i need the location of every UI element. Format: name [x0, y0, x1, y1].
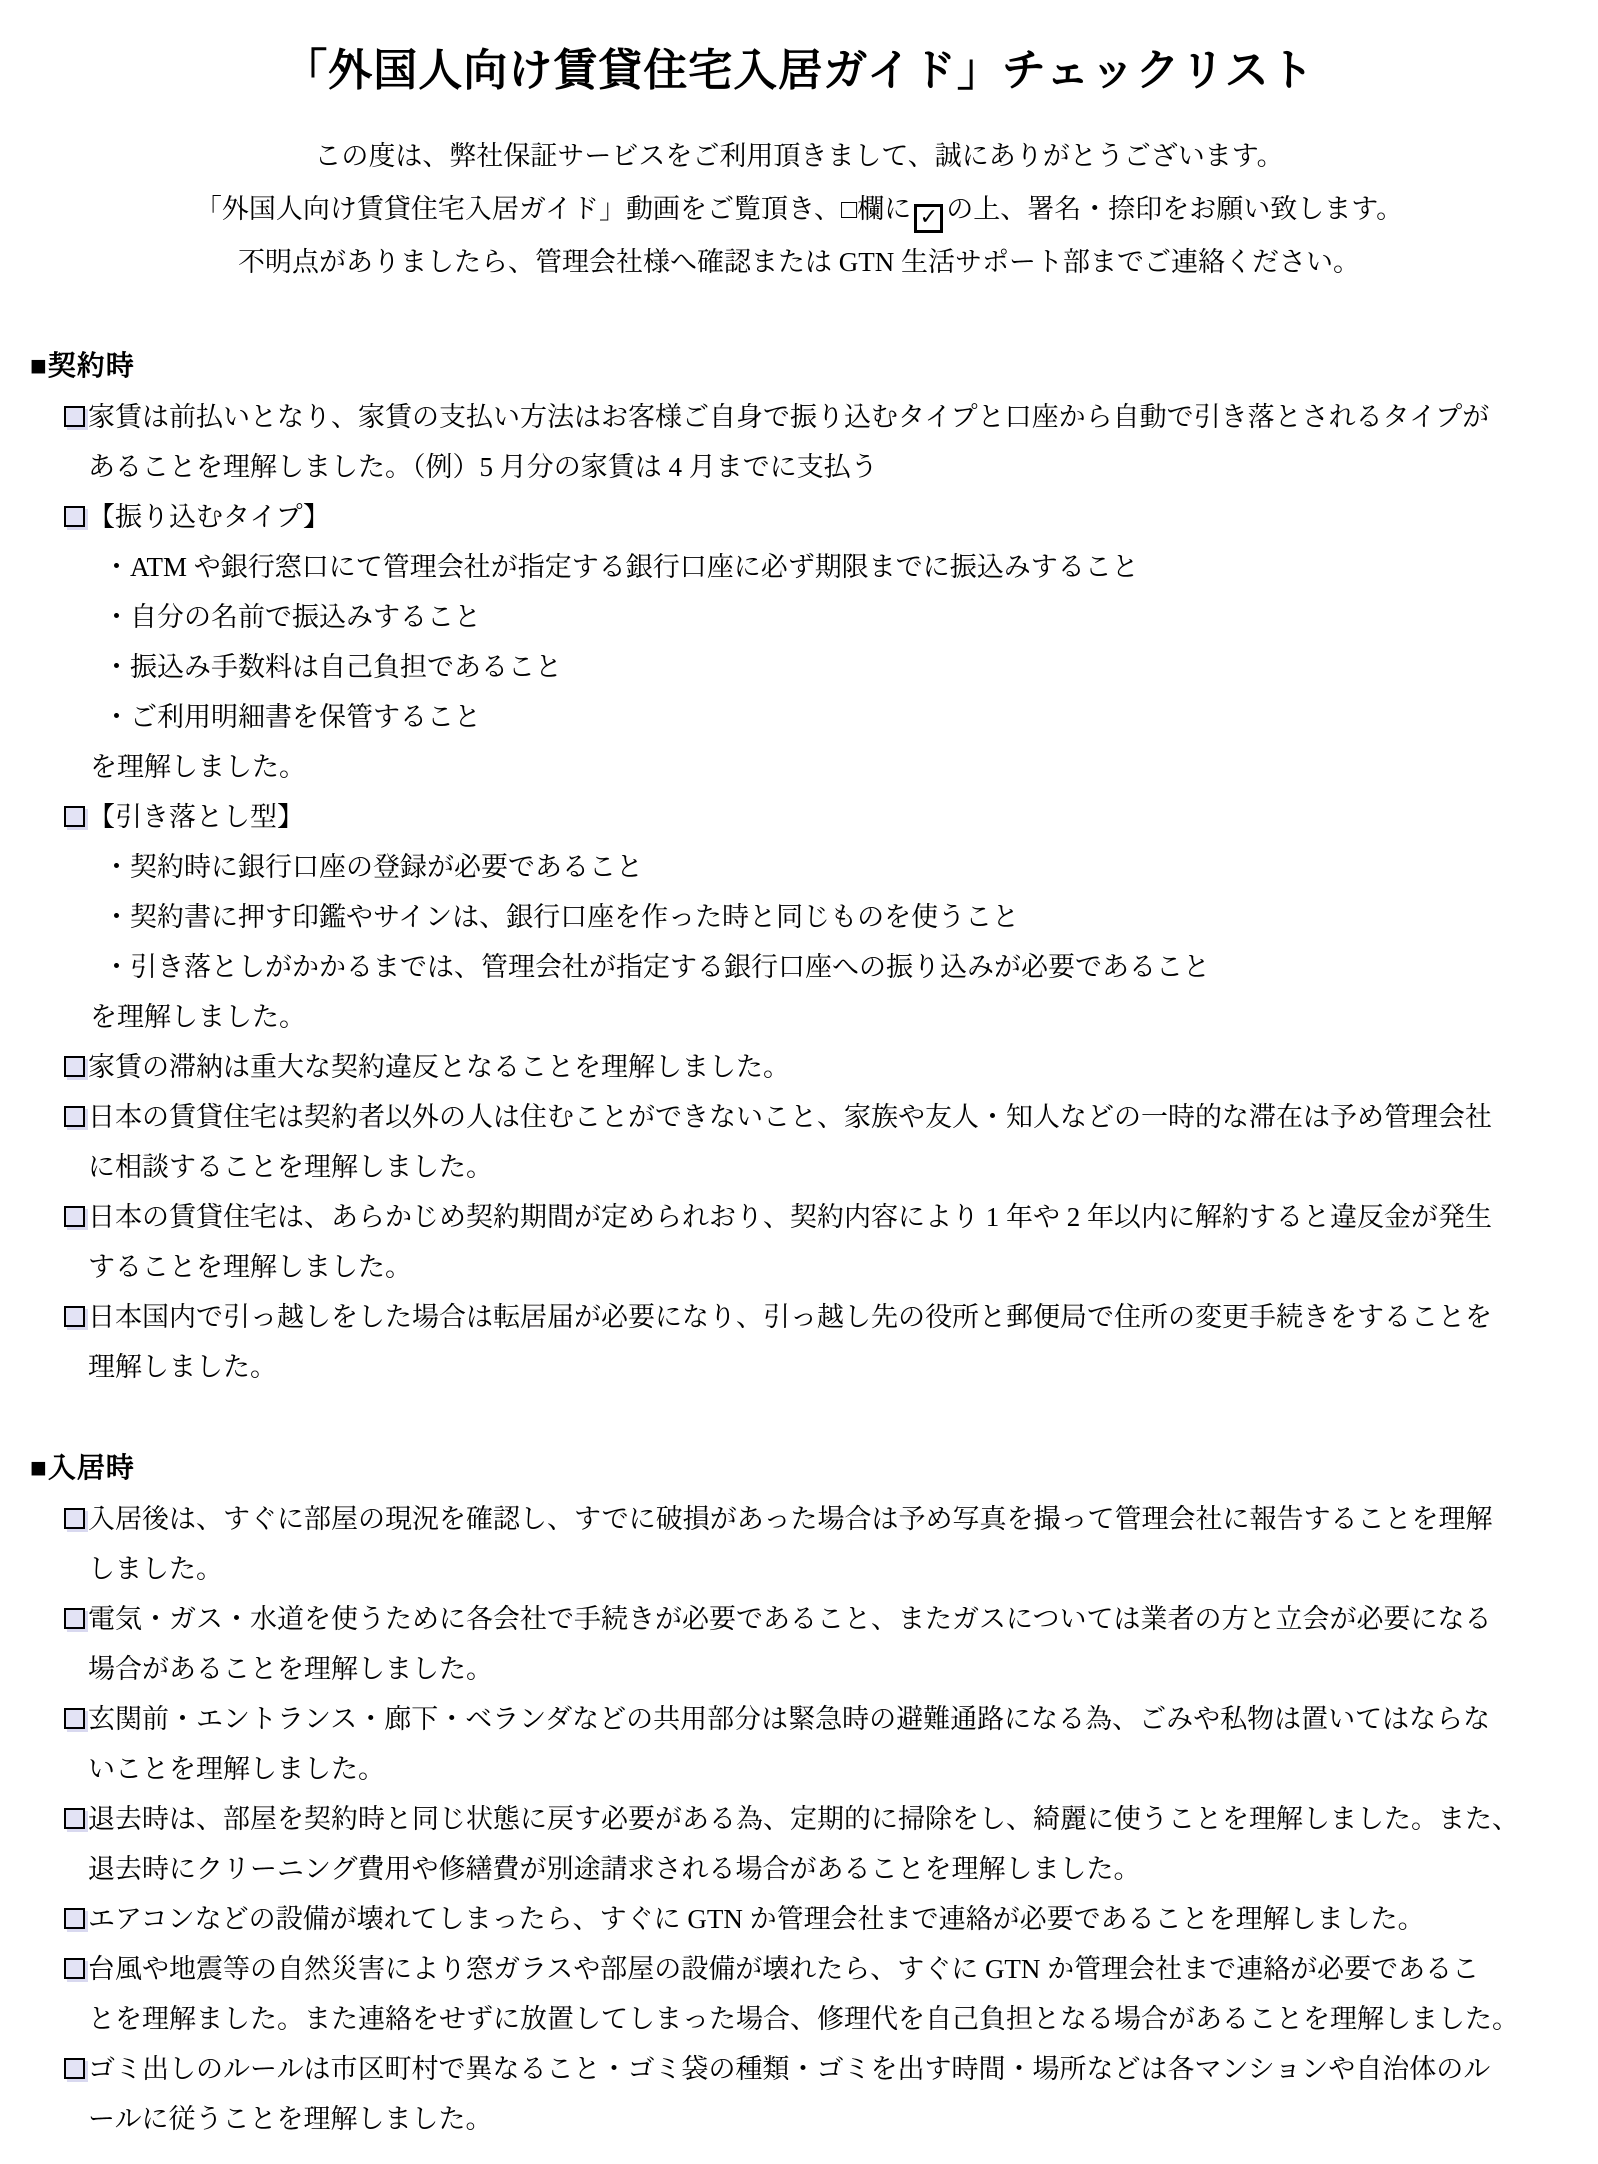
item-text-line: することを理解しました。: [88, 1242, 1492, 1292]
checkbox[interactable]: [64, 406, 85, 427]
item-subpoint: ・ATM や銀行窓口にて管理会社が指定する銀行口座に必ず期限までに振込みすること: [0, 542, 1598, 592]
checklist-item: 【振り込むタイプ】: [0, 492, 1598, 542]
checkbox[interactable]: [64, 2058, 85, 2079]
checkbox[interactable]: [64, 1206, 85, 1227]
item-text-line: 日本国内で引っ越しをした場合は転居届が必要になり、引っ越し先の役所と郵便局で住所…: [88, 1292, 1492, 1342]
item-text-line: 玄関前・エントランス・廊下・ベランダなどの共用部分は緊急時の避難通路になる為、ご…: [88, 1694, 1490, 1744]
intro-line-2-before: 「外国人向け賃貸住宅入居ガイド」動画をご覧頂き、□欄に: [195, 194, 911, 224]
item-text-line: 退去時にクリーニング費用や修繕費が別途請求される場合があることを理解しました。: [88, 1844, 1519, 1894]
item-text-line: あることを理解しました。（例）5 月分の家賃は 4 月までに支払う: [88, 442, 1489, 492]
item-text-line: しました。: [88, 1544, 1493, 1594]
item-text-line: 家賃は前払いとなり、家賃の支払い方法はお客様ご自身で振り込むタイプと口座から自動…: [88, 392, 1489, 442]
item-subpoint: ・振込み手数料は自己負担であること: [0, 642, 1598, 692]
item-text-line: ールに従うことを理解しました。: [88, 2094, 1490, 2144]
item-text-line: 理解しました。: [88, 1342, 1492, 1392]
checklist-item: ゴミ出しのルールは市区町村で異なること・ゴミ袋の種類・ゴミを出す時間・場所などは…: [0, 2044, 1598, 2144]
section-header: ■契約時: [0, 342, 1598, 392]
item-subpoint: ・ご利用明細書を保管すること: [0, 692, 1598, 742]
section-nyukyoji: ■入居時入居後は、すぐに部屋の現況を確認し、すでに破損があった場合は予め写真を撮…: [0, 1444, 1598, 2144]
item-tail: を理解しました。: [0, 742, 1598, 792]
checklist-item: 電気・ガス・水道を使うために各会社で手続きが必要であること、またガスについては業…: [0, 1594, 1598, 1694]
checklist-item: 家賃の滞納は重大な契約違反となることを理解しました。: [0, 1042, 1598, 1092]
item-text-line: 電気・ガス・水道を使うために各会社で手続きが必要であること、またガスについては業…: [88, 1594, 1491, 1644]
item-text-line: 退去時は、部屋を契約時と同じ状態に戻す必要がある為、定期的に掃除をし、綺麗に使う…: [88, 1794, 1519, 1844]
checkbox[interactable]: [64, 1908, 85, 1929]
checklist-item: 日本の賃貸住宅は契約者以外の人は住むことができないこと、家族や友人・知人などの一…: [0, 1092, 1598, 1192]
item-text-line: に相談することを理解しました。: [88, 1142, 1492, 1192]
item-text-line: エアコンなどの設備が壊れてしまったら、すぐに GTN か管理会社まで連絡が必要で…: [88, 1894, 1425, 1944]
checkbox[interactable]: [64, 1306, 85, 1327]
item-text-line: 家賃の滞納は重大な契約違反となることを理解しました。: [88, 1042, 790, 1092]
checklist-item: 玄関前・エントランス・廊下・ベランダなどの共用部分は緊急時の避難通路になる為、ご…: [0, 1694, 1598, 1794]
checklist-item: 台風や地震等の自然災害により窓ガラスや部屋の設備が壊れたら、すぐに GTN か管…: [0, 1944, 1598, 2044]
checklist-item: 入居後は、すぐに部屋の現況を確認し、すでに破損があった場合は予め写真を撮って管理…: [0, 1494, 1598, 1594]
checkbox[interactable]: [64, 506, 85, 527]
item-tail: を理解しました。: [0, 992, 1598, 1042]
checklist-item: エアコンなどの設備が壊れてしまったら、すぐに GTN か管理会社まで連絡が必要で…: [0, 1894, 1598, 1944]
checkbox[interactable]: [64, 1958, 85, 1979]
item-text-line: いことを理解しました。: [88, 1744, 1490, 1794]
checklist-item: 退去時は、部屋を契約時と同じ状態に戻す必要がある為、定期的に掃除をし、綺麗に使う…: [0, 1794, 1598, 1894]
item-subpoint: ・契約時に銀行口座の登録が必要であること: [0, 842, 1598, 892]
intro-line-3: 不明点がありましたら、管理会社様へ確認または GTN 生活サポート部までご連絡く…: [0, 236, 1598, 289]
intro-block: この度は、弊社保証サービスをご利用頂きまして、誠にありがとうございます。 「外国…: [0, 130, 1598, 289]
item-text-line: とを理解ました。また連絡をせずに放置してしまった場合、修理代を自己負担となる場合…: [88, 1994, 1519, 2044]
checklist-item: 家賃は前払いとなり、家賃の支払い方法はお客様ご自身で振り込むタイプと口座から自動…: [0, 392, 1598, 492]
item-text-line: 台風や地震等の自然災害により窓ガラスや部屋の設備が壊れたら、すぐに GTN か管…: [88, 1944, 1519, 1994]
intro-line-1: この度は、弊社保証サービスをご利用頂きまして、誠にありがとうございます。: [0, 130, 1598, 183]
checkbox[interactable]: [64, 1508, 85, 1529]
item-text-line: 入居後は、すぐに部屋の現況を確認し、すでに破損があった場合は予め写真を撮って管理…: [88, 1494, 1493, 1544]
item-subpoint: ・自分の名前で振込みすること: [0, 592, 1598, 642]
item-text-line: 日本の賃貸住宅は、あらかじめ契約期間が定められおり、契約内容により 1 年や 2…: [88, 1192, 1492, 1242]
checklist-item: 【引き落とし型】: [0, 792, 1598, 842]
section-header: ■入居時: [0, 1444, 1598, 1494]
intro-line-2-after: の上、署名・捺印をお願い致します。: [946, 194, 1403, 224]
checkbox[interactable]: [64, 1808, 85, 1829]
checkbox[interactable]: [64, 1708, 85, 1729]
section-keiyakuji: ■契約時家賃は前払いとなり、家賃の支払い方法はお客様ご自身で振り込むタイプと口座…: [0, 342, 1598, 1392]
intro-line-2: 「外国人向け賃貸住宅入居ガイド」動画をご覧頂き、□欄に✓の上、署名・捺印をお願い…: [0, 183, 1598, 236]
checkbox[interactable]: [64, 1056, 85, 1077]
checklist-item: 日本国内で引っ越しをした場合は転居届が必要になり、引っ越し先の役所と郵便局で住所…: [0, 1292, 1598, 1392]
item-text-line: 【振り込むタイプ】: [88, 492, 330, 542]
item-text-line: 【引き落とし型】: [88, 792, 304, 842]
checkbox[interactable]: [64, 806, 85, 827]
item-text-line: 場合があることを理解しました。: [88, 1644, 1491, 1694]
page-title: 「外国人向け賃貸住宅入居ガイド」チェックリスト: [0, 0, 1598, 98]
item-subpoint: ・引き落としがかかるまでは、管理会社が指定する銀行口座への振り込みが必要であるこ…: [0, 942, 1598, 992]
item-text-line: ゴミ出しのルールは市区町村で異なること・ゴミ袋の種類・ゴミを出す時間・場所などは…: [88, 2044, 1490, 2094]
checked-checkbox-icon: ✓: [914, 204, 943, 233]
checkbox[interactable]: [64, 1608, 85, 1629]
item-subpoint: ・契約書に押す印鑑やサインは、銀行口座を作った時と同じものを使うこと: [0, 892, 1598, 942]
item-text-line: 日本の賃貸住宅は契約者以外の人は住むことができないこと、家族や友人・知人などの一…: [88, 1092, 1492, 1142]
checkbox[interactable]: [64, 1106, 85, 1127]
checklist-item: 日本の賃貸住宅は、あらかじめ契約期間が定められおり、契約内容により 1 年や 2…: [0, 1192, 1598, 1292]
document-body: ■契約時家賃は前払いとなり、家賃の支払い方法はお客様ご自身で振り込むタイプと口座…: [0, 342, 1598, 2144]
